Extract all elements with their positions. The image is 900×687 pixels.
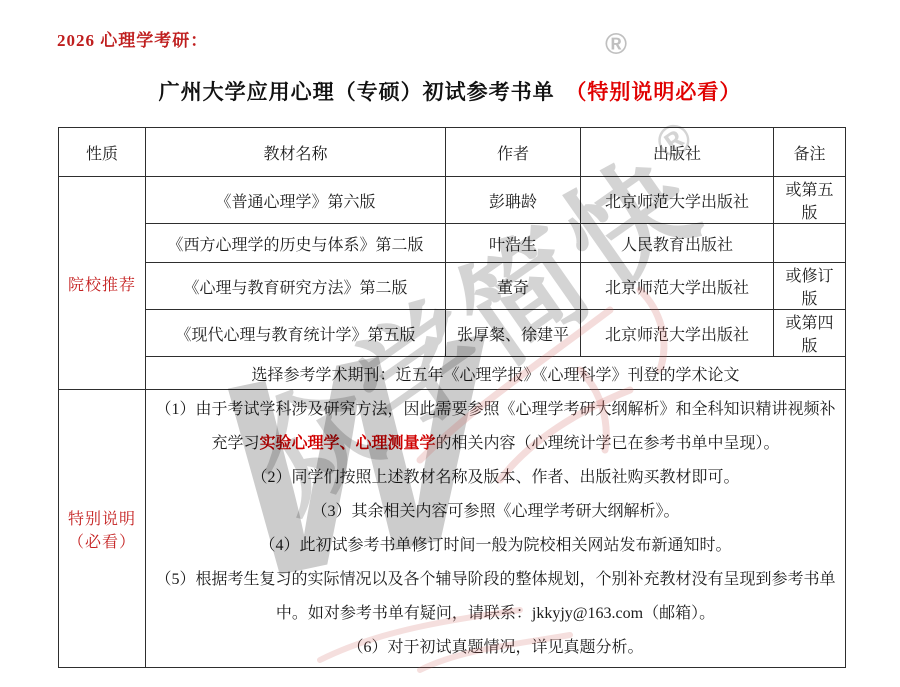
book-name: 《普通心理学》第六版: [146, 177, 446, 224]
document-kicker: 2026 心理学考研：: [57, 26, 208, 51]
note-item-3: （3）其余相关内容可参照《心理学考研大纲解析》。: [150, 495, 841, 529]
page-title: 广州大学应用心理（专硕）初试参考书单 （特别说明必看）: [0, 76, 900, 106]
note-item-4: （4）此初试参考书单修订时间一般为院校相关网站发布新通知时。: [150, 529, 841, 563]
reference-book-table: 性质 教材名称 作者 出版社 备注 院校推荐 《普通心理学》第六版 彭聃龄 北京…: [58, 127, 846, 668]
page-title-main: 广州大学应用心理（专硕）初试参考书单: [159, 81, 555, 104]
journal-note: 选择参考学术期刊：近五年《心理学报》《心理科学》刊登的学术论文: [146, 357, 846, 390]
col-header-publisher: 出版社: [581, 128, 774, 177]
book-name: 《西方心理学的历史与体系》第二版: [146, 224, 446, 263]
book-publisher: 北京师范大学出版社: [581, 177, 774, 224]
note-item-2: （2）同学们按照上述教材名称及版本、作者、出版社购买教材即可。: [150, 461, 841, 495]
note-item-6: （6）对于初试真题情况，详见真题分析。: [150, 631, 841, 665]
table-row: 《心理与教育研究方法》第二版 董奇 北京师范大学出版社 或修订版: [59, 263, 846, 310]
book-name: 《现代心理与教育统计学》第五版: [146, 310, 446, 357]
special-notes-body: （1）由于考试学科涉及研究方法，因此需要参照《心理学考研大纲解析》和全科知识精讲…: [146, 390, 846, 668]
table-header-row: 性质 教材名称 作者 出版社 备注: [59, 128, 846, 177]
note-item-5: （5）根据考生复习的实际情况以及各个辅导阶段的整体规划，个别补充教材没有呈现到参…: [150, 563, 841, 631]
special-notes-label: 特别说明 （必看）: [59, 390, 146, 668]
col-header-nature: 性质: [59, 128, 146, 177]
note-item-1-highlight: 实验心理学、心理测量学: [259, 435, 435, 452]
book-remark: 或第四版: [774, 310, 846, 357]
group-label-school-recommended: 院校推荐: [59, 177, 146, 390]
col-header-remark: 备注: [774, 128, 846, 177]
book-remark: 或修订版: [774, 263, 846, 310]
book-remark: 或第五版: [774, 177, 846, 224]
registered-mark-icon: ®: [605, 28, 627, 62]
book-publisher: 北京师范大学出版社: [581, 263, 774, 310]
special-notes-label-line1: 特别说明: [63, 506, 141, 529]
book-author: 叶浩生: [446, 224, 581, 263]
book-author: 董奇: [446, 263, 581, 310]
book-name: 《心理与教育研究方法》第二版: [146, 263, 446, 310]
special-notes-label-line2: （必看）: [63, 529, 141, 552]
special-notes-row: 特别说明 （必看） （1）由于考试学科涉及研究方法，因此需要参照《心理学考研大纲…: [59, 390, 846, 668]
book-publisher: 人民教育出版社: [581, 224, 774, 263]
note-item-1: （1）由于考试学科涉及研究方法，因此需要参照《心理学考研大纲解析》和全科知识精讲…: [150, 393, 841, 461]
document-page: 2026 心理学考研： 广州大学应用心理（专硕）初试参考书单 （特别说明必看） …: [0, 0, 900, 687]
table-row: 院校推荐 《普通心理学》第六版 彭聃龄 北京师范大学出版社 或第五版: [59, 177, 846, 224]
table-row: 《现代心理与教育统计学》第五版 张厚粲、徐建平 北京师范大学出版社 或第四版: [59, 310, 846, 357]
page-title-note: （特别说明必看）: [565, 81, 741, 104]
book-author: 张厚粲、徐建平: [446, 310, 581, 357]
book-author: 彭聃龄: [446, 177, 581, 224]
note-item-1-suffix: 的相关内容（心理统计学已在参考书单中呈现）。: [436, 435, 780, 452]
book-publisher: 北京师范大学出版社: [581, 310, 774, 357]
table-row: 《西方心理学的历史与体系》第二版 叶浩生 人民教育出版社: [59, 224, 846, 263]
col-header-book-name: 教材名称: [146, 128, 446, 177]
journal-note-row: 选择参考学术期刊：近五年《心理学报》《心理科学》刊登的学术论文: [59, 357, 846, 390]
col-header-author: 作者: [446, 128, 581, 177]
book-remark: [774, 224, 846, 263]
